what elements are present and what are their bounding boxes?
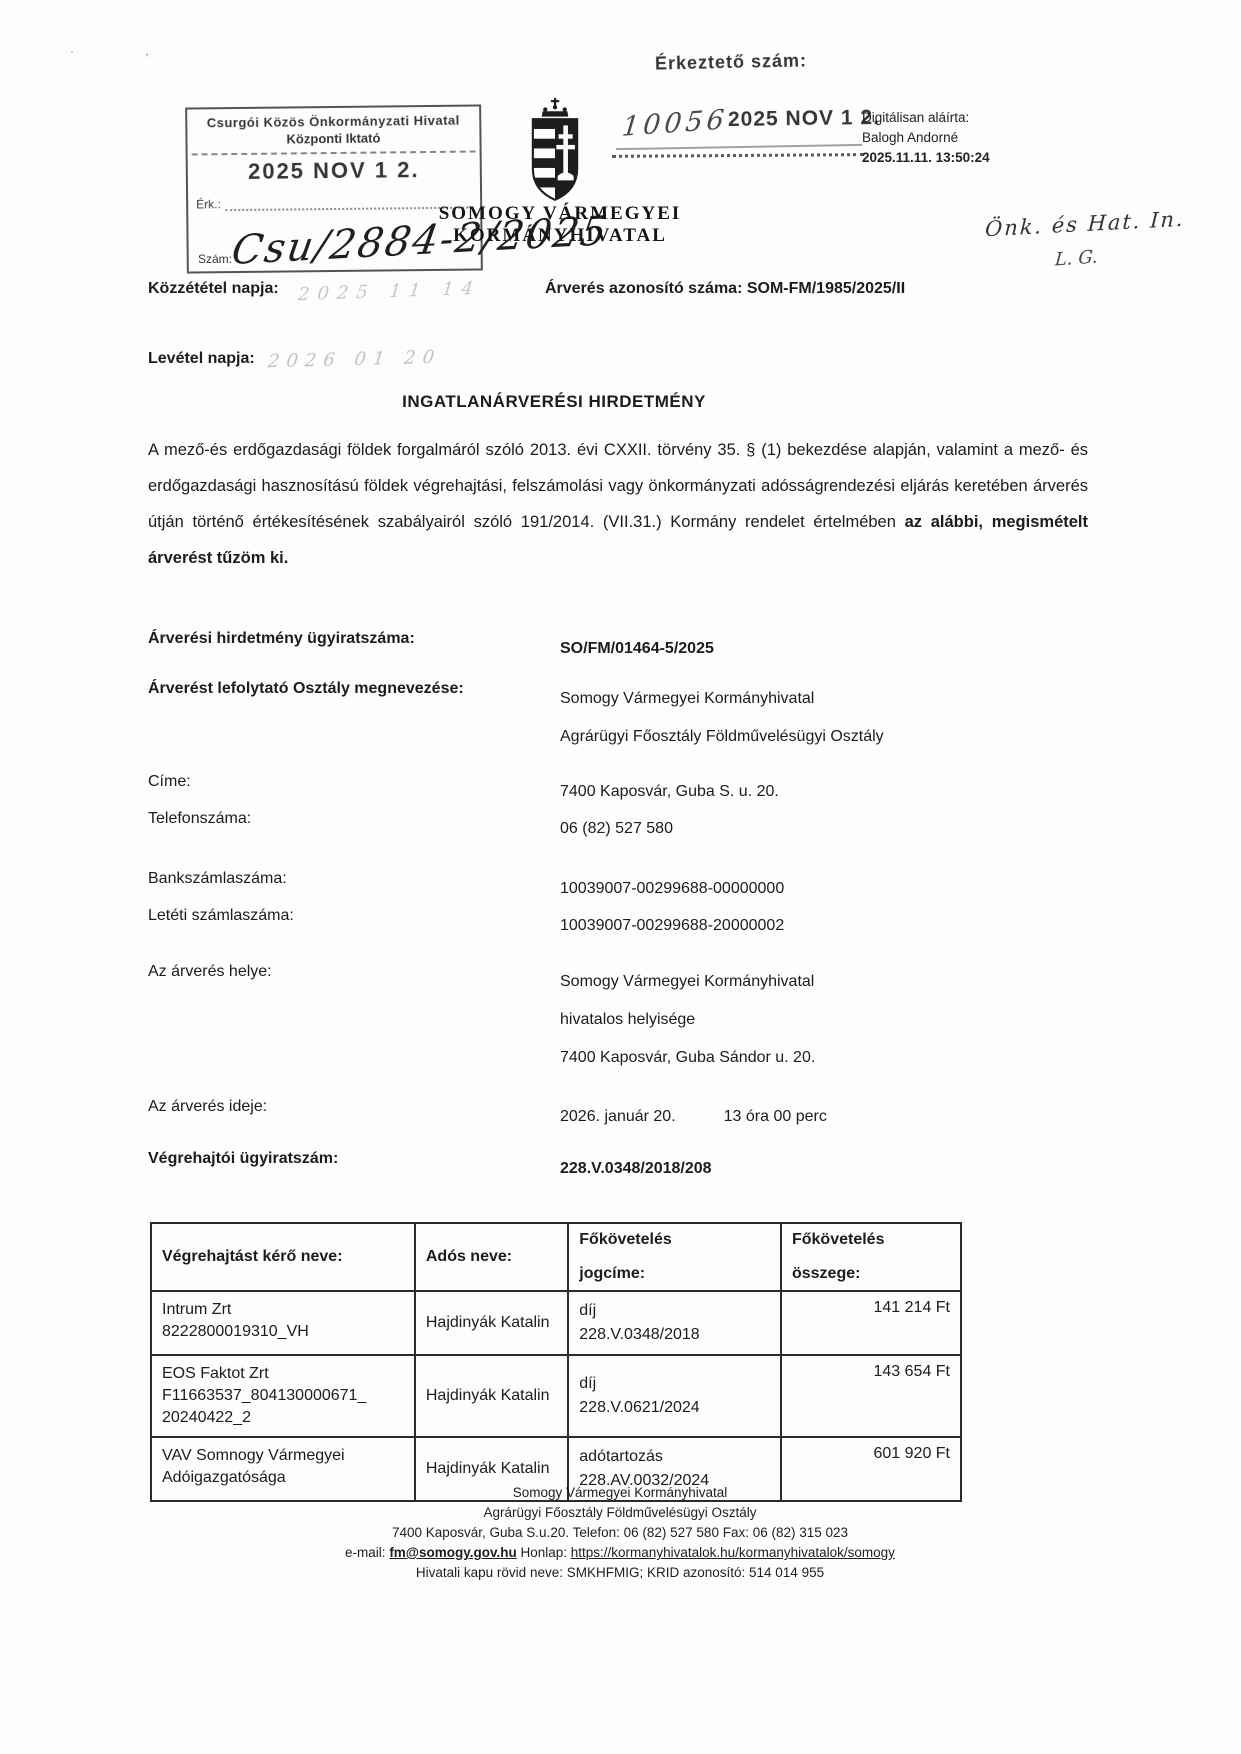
table-row: EOS Faktot Zrt F11663537_804130000671_ 2…	[151, 1355, 961, 1437]
removal-date-label: Levétel napja:	[148, 350, 255, 368]
removal-date-handwritten: 2026 01 20	[267, 347, 442, 373]
amount-cell: 143 654 Ft	[781, 1355, 961, 1437]
scanned-document-page: · , Érkeztető szám: 10056 2025 NOV 1 2. …	[0, 0, 1241, 1754]
field-label: Címe:	[148, 773, 191, 791]
creditor-id: 8222800019310_VH	[162, 1321, 404, 1343]
digital-signature-name: Balogh Andorné	[862, 128, 990, 148]
document-title: INGATLANÁRVERÉSI HIRDETMÉNY	[148, 392, 960, 412]
field-value-line3: 7400 Kaposvár, Guba Sándor u. 20.	[560, 1039, 815, 1077]
authority-name: SOMOGY VÁRMEGYEI KORMÁNYHIVATAL	[395, 203, 725, 247]
field-label: Bankszámlaszáma:	[148, 870, 287, 888]
claims-table: Végrehajtást kérő neve: Adós neve: Főköv…	[150, 1222, 962, 1502]
header-claim-title: Főkövetelés jogcíme:	[568, 1223, 781, 1291]
footer-org: Somogy Vármegyei Kormányhivatal	[90, 1483, 1150, 1503]
intake-stamp-org-line2: Központi Iktató	[195, 130, 471, 148]
publication-date-handwritten: 2025 11 14	[297, 278, 482, 305]
footer-department: Agrárügyi Főosztály Földművelésügyi Oszt…	[90, 1503, 1150, 1523]
erkezteto-number-handwritten: 10056	[620, 104, 729, 143]
field-value: 228.V.0348/2018/208	[560, 1150, 712, 1188]
header-creditor: Végrehajtást kérő neve:	[151, 1223, 415, 1291]
creditor-id: F11663537_804130000671_	[162, 1385, 404, 1407]
erkezteto-szam-stamp-label: Érkeztető szám:	[655, 50, 807, 74]
debtor-cell: Hajdinyák Katalin	[415, 1355, 568, 1437]
field-label: Árverést lefolytató Osztály megnevezése:	[148, 680, 464, 698]
field-value: 10039007-00299688-20000002	[560, 907, 784, 945]
digital-signature-line1: Digitálisan aláírta:	[862, 108, 990, 128]
field-label: Az árverés ideje:	[148, 1098, 267, 1116]
footer-block: Somogy Vármegyei Kormányhivatal Agrárügy…	[90, 1483, 1150, 1583]
field-value-line2: Agrárügyi Főosztály Földművelésügyi Oszt…	[560, 718, 884, 756]
intake-stamp-org-line1: Csurgói Közös Önkormányzati Hivatal	[195, 113, 471, 131]
auction-date: 2026. január 20.	[560, 1108, 676, 1125]
field-value: 06 (82) 527 580	[560, 810, 673, 848]
claim-case: 228.V.0348/2018	[579, 1323, 770, 1347]
claim-cell: díj 228.V.0621/2024	[568, 1355, 781, 1437]
creditor-cell: Intrum Zrt 8222800019310_VH	[151, 1291, 415, 1355]
field-label: Az árverés helye:	[148, 963, 272, 981]
amount-cell: 141 214 Ft	[781, 1291, 961, 1355]
footer-url: https://kormanyhivatalok.hu/kormanyhivat…	[571, 1545, 895, 1560]
field-label: Árverési hirdetmény ügyiratszáma:	[148, 630, 415, 648]
authority-name-line2: KORMÁNYHIVATAL	[395, 225, 725, 247]
erkezteto-date-stamp: 2025 NOV 1 2.	[728, 106, 880, 132]
auction-id-line: Árverés azonosító száma: SOM-FM/1985/202…	[545, 280, 905, 298]
creditor-name: EOS Faktot Zrt	[162, 1363, 404, 1385]
footer-web-label: Honlap:	[517, 1545, 571, 1560]
field-value: 7400 Kaposvár, Guba S. u. 20.	[560, 773, 779, 811]
header-debtor: Adós neve:	[415, 1223, 568, 1291]
scan-artifact: · ,	[70, 44, 183, 58]
intake-stamp-date: 2025 NOV 1 2.	[196, 157, 472, 186]
field-value: SO/FM/01464-5/2025	[560, 630, 714, 668]
handwriting-baseline	[616, 144, 862, 150]
header-claim-amount: Főkövetelés összege:	[781, 1223, 961, 1291]
handwritten-initials: L. G.	[1054, 246, 1098, 270]
field-label: Végrehajtói ügyiratszám:	[148, 1150, 338, 1168]
auction-hour: 13 óra 00 perc	[724, 1108, 827, 1125]
intake-stamp-erk-label: Érk.:	[196, 197, 221, 211]
header-claim-title-line2: jogcíme:	[579, 1265, 770, 1283]
creditor-cell: EOS Faktot Zrt F11663537_804130000671_ 2…	[151, 1355, 415, 1437]
digital-signature-block: Digitálisan aláírta: Balogh Andorné 2025…	[862, 108, 990, 168]
claim-cell: díj 228.V.0348/2018	[568, 1291, 781, 1355]
field-value-line2: hivatalos helyisége	[560, 1001, 815, 1039]
claim-title: adótartozás	[579, 1445, 770, 1469]
publication-date-label: Közzététel napja:	[148, 280, 279, 298]
claim-case: 228.V.0621/2024	[579, 1396, 770, 1420]
table-row: Intrum Zrt 8222800019310_VH Hajdinyák Ka…	[151, 1291, 961, 1355]
footer-contact: 7400 Kaposvár, Guba S.u.20. Telefon: 06 …	[90, 1523, 1150, 1543]
field-value-line1: Somogy Vármegyei Kormányhivatal	[560, 680, 884, 718]
handwritten-routing-note: Önk. és Hat. In.	[985, 207, 1186, 242]
header-claim-title-line1: Főkövetelés	[579, 1231, 770, 1249]
footer-email: fm@somogy.gov.hu	[389, 1545, 516, 1560]
authority-name-line1: SOMOGY VÁRMEGYEI	[395, 203, 725, 225]
field-label: Letéti számlaszáma:	[148, 907, 294, 925]
hungarian-coat-of-arms-icon	[524, 96, 586, 213]
dotted-fill-line	[612, 153, 864, 158]
footer-email-prefix: e-mail:	[345, 1545, 389, 1560]
stamp-divider	[192, 151, 476, 156]
claims-table-header-row: Végrehajtást kérő neve: Adós neve: Főköv…	[151, 1223, 961, 1291]
creditor-name: VAV Somnogy Vármegyei	[162, 1445, 404, 1467]
header-claim-amount-line1: Főkövetelés	[792, 1231, 950, 1249]
header-claim-amount-line2: összege:	[792, 1265, 950, 1283]
creditor-id2: 20240422_2	[162, 1407, 404, 1429]
digital-signature-timestamp: 2025.11.11. 13:50:24	[862, 148, 990, 168]
field-label: Telefonszáma:	[148, 810, 251, 828]
claim-title: díj	[579, 1299, 770, 1323]
creditor-name: Intrum Zrt	[162, 1299, 404, 1321]
intro-paragraph: A mező-és erdőgazdasági földek forgalmár…	[148, 432, 1088, 576]
field-value: 10039007-00299688-00000000	[560, 870, 784, 908]
intake-stamp-szam-label: Szám:	[198, 252, 232, 266]
claim-title: díj	[579, 1372, 770, 1396]
footer-email-web: e-mail: fm@somogy.gov.hu Honlap: https:/…	[90, 1543, 1150, 1563]
debtor-cell: Hajdinyák Katalin	[415, 1291, 568, 1355]
footer-krid: Hivatali kapu rövid neve: SMKHFMIG; KRID…	[90, 1563, 1150, 1583]
field-value-line1: Somogy Vármegyei Kormányhivatal	[560, 963, 815, 1001]
